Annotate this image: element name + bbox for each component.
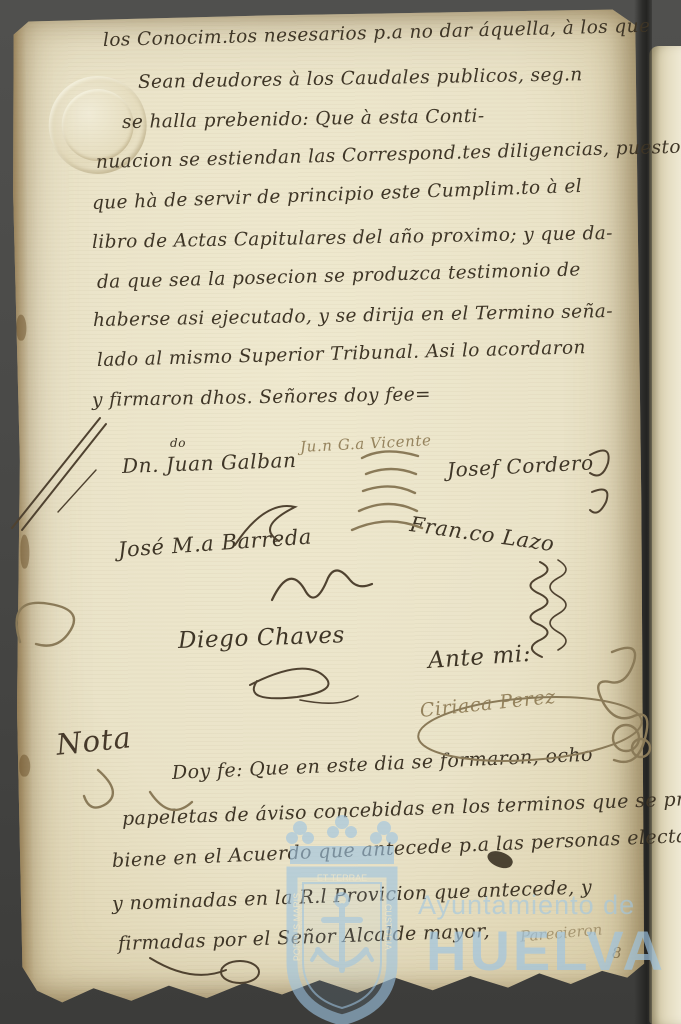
svg-text:CUSTODIA: CUSTODIA [383,904,393,950]
watermark-city-text: HUELVA [426,918,666,983]
edge-stain [20,535,29,569]
svg-text:PORTUS MARIS: PORTUS MARIS [292,893,302,961]
watermark-org-text: Ayuntamiento de [418,890,635,921]
edge-stain [16,315,26,341]
svg-text:ET TERRAE: ET TERRAE [317,873,367,883]
torn-left-edge [10,15,35,1007]
scanned-manuscript-page: los Conocim.tos nesesarios p.a no dar áq… [0,0,681,1024]
next-page-edge [649,46,681,1024]
crown-icon [286,815,398,864]
signature-superscript: do [170,436,186,450]
edge-stain [19,755,30,777]
huelva-crest-watermark: ET TERRAE PORTUS MARIS CUSTODIA [272,812,412,1024]
